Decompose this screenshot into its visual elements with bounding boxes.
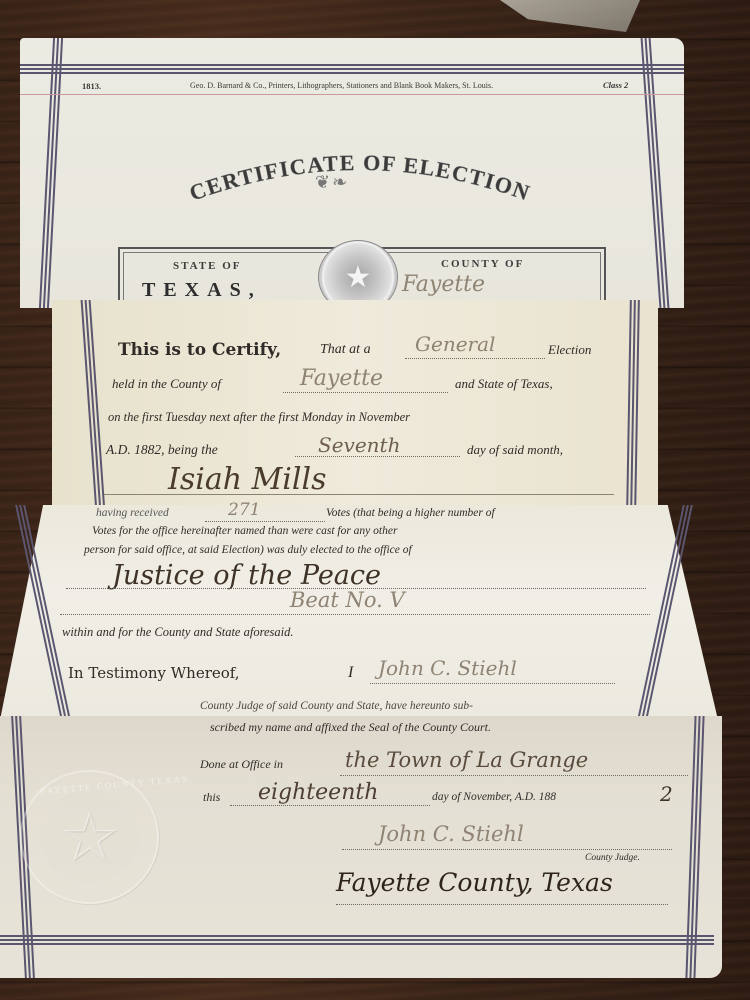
body-text: That at a [320, 342, 371, 358]
class-label: Class 2 [603, 80, 628, 90]
body-text: day of said month, [467, 442, 563, 458]
election-type-handwritten: General [415, 332, 495, 356]
elected-name-handwritten: Isiah Mills [168, 462, 326, 497]
day-handwritten: Seventh [318, 433, 400, 457]
place-handwritten: the Town of La Grange [345, 748, 588, 772]
body-text: day of November, A.D. 188 [432, 791, 556, 803]
body-text: Election [548, 342, 591, 358]
body-text: County Judge of said County and State, h… [200, 700, 473, 712]
office-handwritten: Justice of the Peace [112, 560, 381, 591]
county-signature-line [336, 904, 668, 905]
county-name-handwritten: Fayette [300, 366, 383, 391]
fill-line [205, 521, 325, 522]
certificate-lower-panel [0, 505, 718, 720]
date-day-handwritten: eighteenth [258, 780, 378, 805]
flourish-ornament-icon: ❦❧ [315, 172, 349, 193]
fill-line [340, 775, 688, 776]
fill-line [405, 358, 545, 359]
name-line [104, 494, 614, 495]
title-text: CERTIFICATE OF ELECTION [186, 150, 534, 206]
body-text: Votes for the office hereinafter named t… [92, 525, 397, 537]
state-label: STATE OF [173, 260, 241, 272]
judge-signature: John C. Stiehl [378, 822, 524, 846]
signature-title: County Judge. [585, 853, 640, 863]
fill-line [370, 683, 615, 684]
svg-text:CERTIFICATE OF ELECTION: CERTIFICATE OF ELECTION [186, 150, 534, 206]
body-text: within and for the County and State afor… [62, 625, 293, 640]
county-handwritten: Fayette [402, 272, 485, 297]
testimony-heading: In Testimony Whereof, [68, 664, 240, 682]
fill-line [283, 392, 448, 393]
printer-credit: Geo. D. Barnard & Co., Printers, Lithogr… [190, 81, 493, 90]
county-label: COUNTY OF [441, 258, 524, 270]
state-value: TEXAS, [142, 279, 262, 302]
votes-handwritten: 271 [228, 500, 260, 520]
body-text: this [203, 790, 220, 805]
bottom-border-lines [0, 935, 714, 945]
body-text: Votes (that being a higher number of [326, 507, 495, 519]
body-text: having received [96, 507, 169, 519]
judge-name-handwritten: John C. Stiehl [378, 656, 517, 680]
body-text: I [348, 664, 353, 682]
body-text: on the first Tuesday next after the firs… [108, 410, 410, 425]
body-text: person for said office, at said Election… [84, 544, 412, 556]
certificate-middle-panel [52, 300, 658, 512]
certify-heading: This is to Certify, [118, 340, 281, 360]
fill-line [60, 614, 650, 615]
signature-line [342, 849, 672, 850]
form-number: 1813. [82, 81, 101, 91]
fill-line [230, 805, 430, 806]
precinct-handwritten: Beat No. V [290, 588, 405, 612]
certificate-title: CERTIFICATE OF ELECTION [150, 140, 570, 220]
red-rule [20, 94, 684, 95]
body-text: and State of Texas, [455, 376, 553, 392]
body-text: Done at Office in [200, 757, 283, 772]
top-border-lines [20, 64, 684, 74]
body-text: A.D. 1882, being the [106, 442, 218, 458]
body-text: held in the County of [112, 376, 221, 392]
county-signature: Fayette County, Texas [336, 868, 613, 897]
body-text: scribed my name and affixed the Seal of … [210, 720, 491, 735]
year-digit-handwritten: 2 [660, 782, 673, 806]
